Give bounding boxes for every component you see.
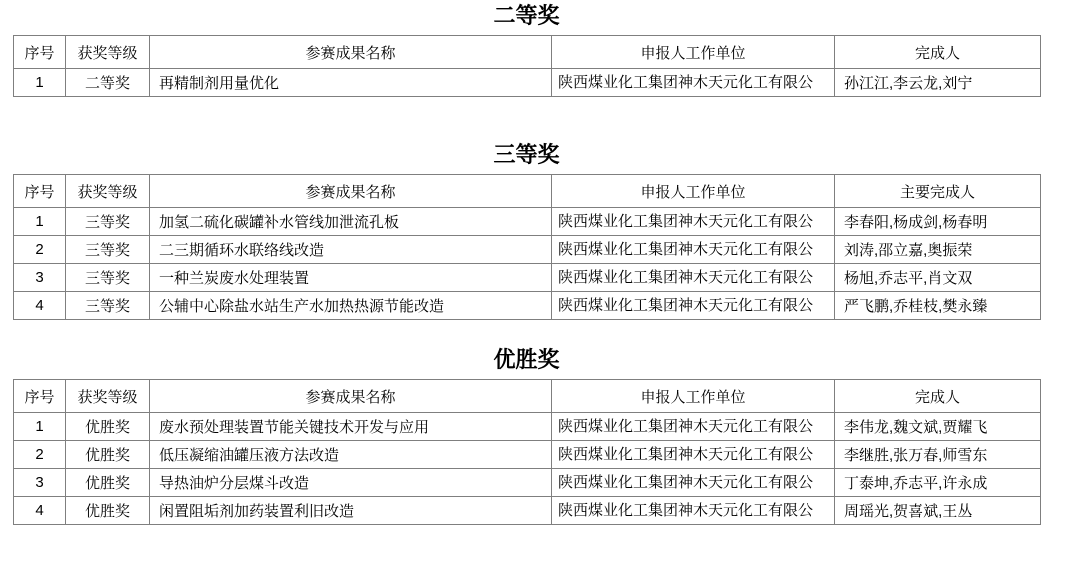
work-unit-text: 陕西煤业化工集团神木天元化工有限公司 [558,497,816,524]
col-header-level: 获奖等级 [66,380,150,413]
table-row: 1 二等奖 再精制剂用量优化 陕西煤业化工集团神木天元化工有限公司 孙江江,李云… [14,69,1041,97]
cell-result: 公辅中心除盐水站生产水加热热源节能改造 [150,292,552,320]
header-row: 序号 获奖等级 参赛成果名称 申报人工作单位 主要完成人 [14,175,1041,208]
col-header-result: 参赛成果名称 [150,175,552,208]
cell-no: 4 [14,292,66,320]
cell-result: 导热油炉分层煤斗改造 [150,469,552,497]
cell-work-unit: 陕西煤业化工集团神木天元化工有限公司 [552,441,835,469]
section-title: 优胜奖 [13,347,1040,373]
work-unit-text: 陕西煤业化工集团神木天元化工有限公司 [558,69,816,96]
award-section: 优胜奖 序号 获奖等级 参赛成果名称 申报人工作单位 完成人 1 优胜奖 废水预… [13,347,1079,525]
cell-completers: 孙江江,李云龙,刘宁 [835,69,1041,97]
table-row: 2 优胜奖 低压凝缩油罐压液方法改造 陕西煤业化工集团神木天元化工有限公司 李继… [14,441,1041,469]
cell-result: 二三期循环水联络线改造 [150,236,552,264]
cell-work-unit: 陕西煤业化工集团神木天元化工有限公司 [552,208,835,236]
table-row: 3 三等奖 一种兰炭废水处理装置 陕西煤业化工集团神木天元化工有限公司 杨旭,乔… [14,264,1041,292]
cell-level: 三等奖 [66,236,150,264]
cell-completers: 严飞鹏,乔桂枝,樊永臻 [835,292,1041,320]
cell-level: 优胜奖 [66,469,150,497]
col-header-level: 获奖等级 [66,175,150,208]
cell-level: 三等奖 [66,208,150,236]
col-header-no: 序号 [14,175,66,208]
table-row: 1 优胜奖 废水预处理装置节能关键技术开发与应用 陕西煤业化工集团神木天元化工有… [14,413,1041,441]
cell-no: 1 [14,413,66,441]
cell-work-unit: 陕西煤业化工集团神木天元化工有限公司 [552,292,835,320]
work-unit-text: 陕西煤业化工集团神木天元化工有限公司 [558,469,816,496]
table-row: 3 优胜奖 导热油炉分层煤斗改造 陕西煤业化工集团神木天元化工有限公司 丁泰坤,… [14,469,1041,497]
cell-work-unit: 陕西煤业化工集团神木天元化工有限公司 [552,413,835,441]
work-unit-text: 陕西煤业化工集团神木天元化工有限公司 [558,441,816,468]
cell-result: 低压凝缩油罐压液方法改造 [150,441,552,469]
cell-result: 加氢二硫化碳罐补水管线加泄流孔板 [150,208,552,236]
work-unit-text: 陕西煤业化工集团神木天元化工有限公司 [558,413,816,440]
cell-no: 2 [14,441,66,469]
cell-no: 4 [14,497,66,525]
cell-completers: 李春阳,杨成剑,杨春明 [835,208,1041,236]
cell-work-unit: 陕西煤业化工集团神木天元化工有限公司 [552,264,835,292]
cell-no: 3 [14,264,66,292]
table-row: 4 三等奖 公辅中心除盐水站生产水加热热源节能改造 陕西煤业化工集团神木天元化工… [14,292,1041,320]
col-header-result: 参赛成果名称 [150,380,552,413]
cell-work-unit: 陕西煤业化工集团神木天元化工有限公司 [552,236,835,264]
cell-level: 优胜奖 [66,441,150,469]
cell-result: 闲置阻垢剂加药装置利旧改造 [150,497,552,525]
section-title: 三等奖 [13,142,1040,168]
cell-no: 2 [14,236,66,264]
col-header-work-unit: 申报人工作单位 [552,380,835,413]
cell-level: 二等奖 [66,69,150,97]
award-table: 序号 获奖等级 参赛成果名称 申报人工作单位 完成人 1 二等奖 再精制剂用量优… [13,35,1041,97]
work-unit-text: 陕西煤业化工集团神木天元化工有限公司 [558,208,816,235]
table-row: 2 三等奖 二三期循环水联络线改造 陕西煤业化工集团神木天元化工有限公司 刘涛,… [14,236,1041,264]
header-row: 序号 获奖等级 参赛成果名称 申报人工作单位 完成人 [14,36,1041,69]
section-title: 二等奖 [13,3,1040,29]
cell-level: 优胜奖 [66,497,150,525]
cell-completers: 周瑶光,贺喜斌,王丛 [835,497,1041,525]
work-unit-text: 陕西煤业化工集团神木天元化工有限公司 [558,292,816,319]
col-header-completers: 完成人 [835,36,1041,69]
col-header-completers: 主要完成人 [835,175,1041,208]
cell-completers: 杨旭,乔志平,肖文双 [835,264,1041,292]
cell-completers: 丁泰坤,乔志平,许永成 [835,469,1041,497]
cell-completers: 刘涛,邵立嘉,奥振荣 [835,236,1041,264]
col-header-no: 序号 [14,380,66,413]
cell-no: 1 [14,69,66,97]
award-table: 序号 获奖等级 参赛成果名称 申报人工作单位 主要完成人 1 三等奖 加氢二硫化… [13,174,1041,320]
cell-work-unit: 陕西煤业化工集团神木天元化工有限公司 [552,469,835,497]
cell-result: 再精制剂用量优化 [150,69,552,97]
col-header-no: 序号 [14,36,66,69]
work-unit-text: 陕西煤业化工集团神木天元化工有限公司 [558,236,816,263]
col-header-completers: 完成人 [835,380,1041,413]
col-header-work-unit: 申报人工作单位 [552,36,835,69]
cell-work-unit: 陕西煤业化工集团神木天元化工有限公司 [552,497,835,525]
cell-completers: 李继胜,张万春,师雪东 [835,441,1041,469]
cell-work-unit: 陕西煤业化工集团神木天元化工有限公司 [552,69,835,97]
award-section: 二等奖 序号 获奖等级 参赛成果名称 申报人工作单位 完成人 1 二等奖 再精制… [13,3,1079,97]
document-page: 二等奖 序号 获奖等级 参赛成果名称 申报人工作单位 完成人 1 二等奖 再精制… [0,0,1079,525]
header-row: 序号 获奖等级 参赛成果名称 申报人工作单位 完成人 [14,380,1041,413]
table-row: 4 优胜奖 闲置阻垢剂加药装置利旧改造 陕西煤业化工集团神木天元化工有限公司 周… [14,497,1041,525]
award-table: 序号 获奖等级 参赛成果名称 申报人工作单位 完成人 1 优胜奖 废水预处理装置… [13,379,1041,525]
award-section: 三等奖 序号 获奖等级 参赛成果名称 申报人工作单位 主要完成人 1 三等奖 加… [13,142,1079,320]
cell-level: 优胜奖 [66,413,150,441]
table-row: 1 三等奖 加氢二硫化碳罐补水管线加泄流孔板 陕西煤业化工集团神木天元化工有限公… [14,208,1041,236]
work-unit-text: 陕西煤业化工集团神木天元化工有限公司 [558,264,816,291]
cell-result: 一种兰炭废水处理装置 [150,264,552,292]
cell-no: 1 [14,208,66,236]
cell-level: 三等奖 [66,292,150,320]
cell-completers: 李伟龙,魏文斌,贾耀飞 [835,413,1041,441]
col-header-level: 获奖等级 [66,36,150,69]
cell-no: 3 [14,469,66,497]
cell-result: 废水预处理装置节能关键技术开发与应用 [150,413,552,441]
cell-level: 三等奖 [66,264,150,292]
col-header-work-unit: 申报人工作单位 [552,175,835,208]
col-header-result: 参赛成果名称 [150,36,552,69]
